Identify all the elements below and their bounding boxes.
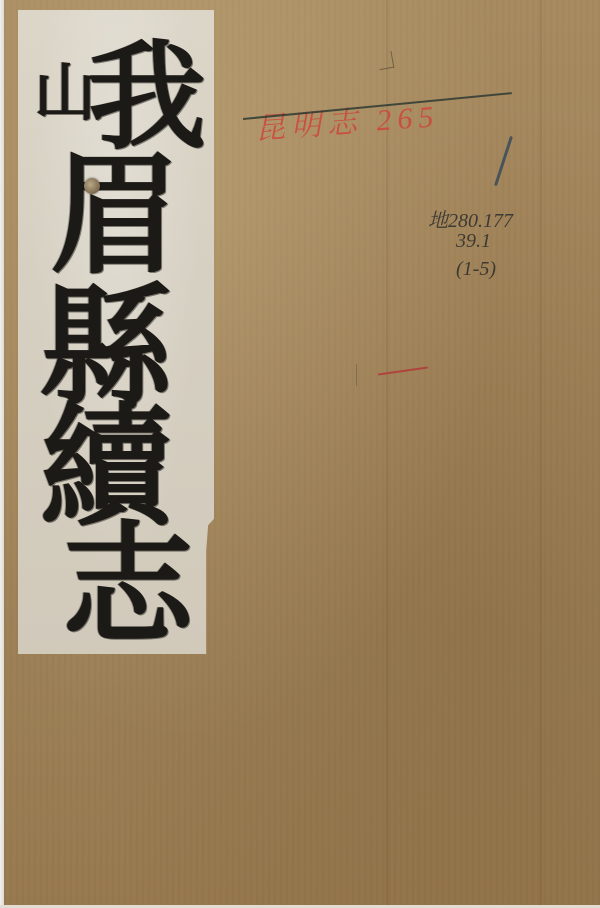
call-number-line-2: 39.1 bbox=[456, 230, 491, 253]
title-char-zhi: 志 bbox=[62, 520, 194, 652]
title-text: 山 我 眉 縣 續 志 bbox=[18, 10, 214, 654]
call-number-line-1: 地280.177 bbox=[428, 204, 513, 233]
pencil-tick bbox=[356, 364, 357, 386]
title-char-mountain-radical: 山 bbox=[34, 62, 96, 124]
scanned-page: 山 我 眉 縣 續 志 昆明志 265 地280.177 39.1 (1-5) bbox=[0, 0, 600, 908]
call-number-line-3: (1-5) bbox=[456, 258, 496, 281]
fold-line bbox=[540, 0, 542, 908]
title-char-mei: 眉 bbox=[50, 150, 182, 282]
pin-hole-icon bbox=[84, 178, 100, 194]
title-label: 山 我 眉 縣 續 志 bbox=[18, 10, 214, 654]
pencil-mark bbox=[377, 51, 395, 70]
